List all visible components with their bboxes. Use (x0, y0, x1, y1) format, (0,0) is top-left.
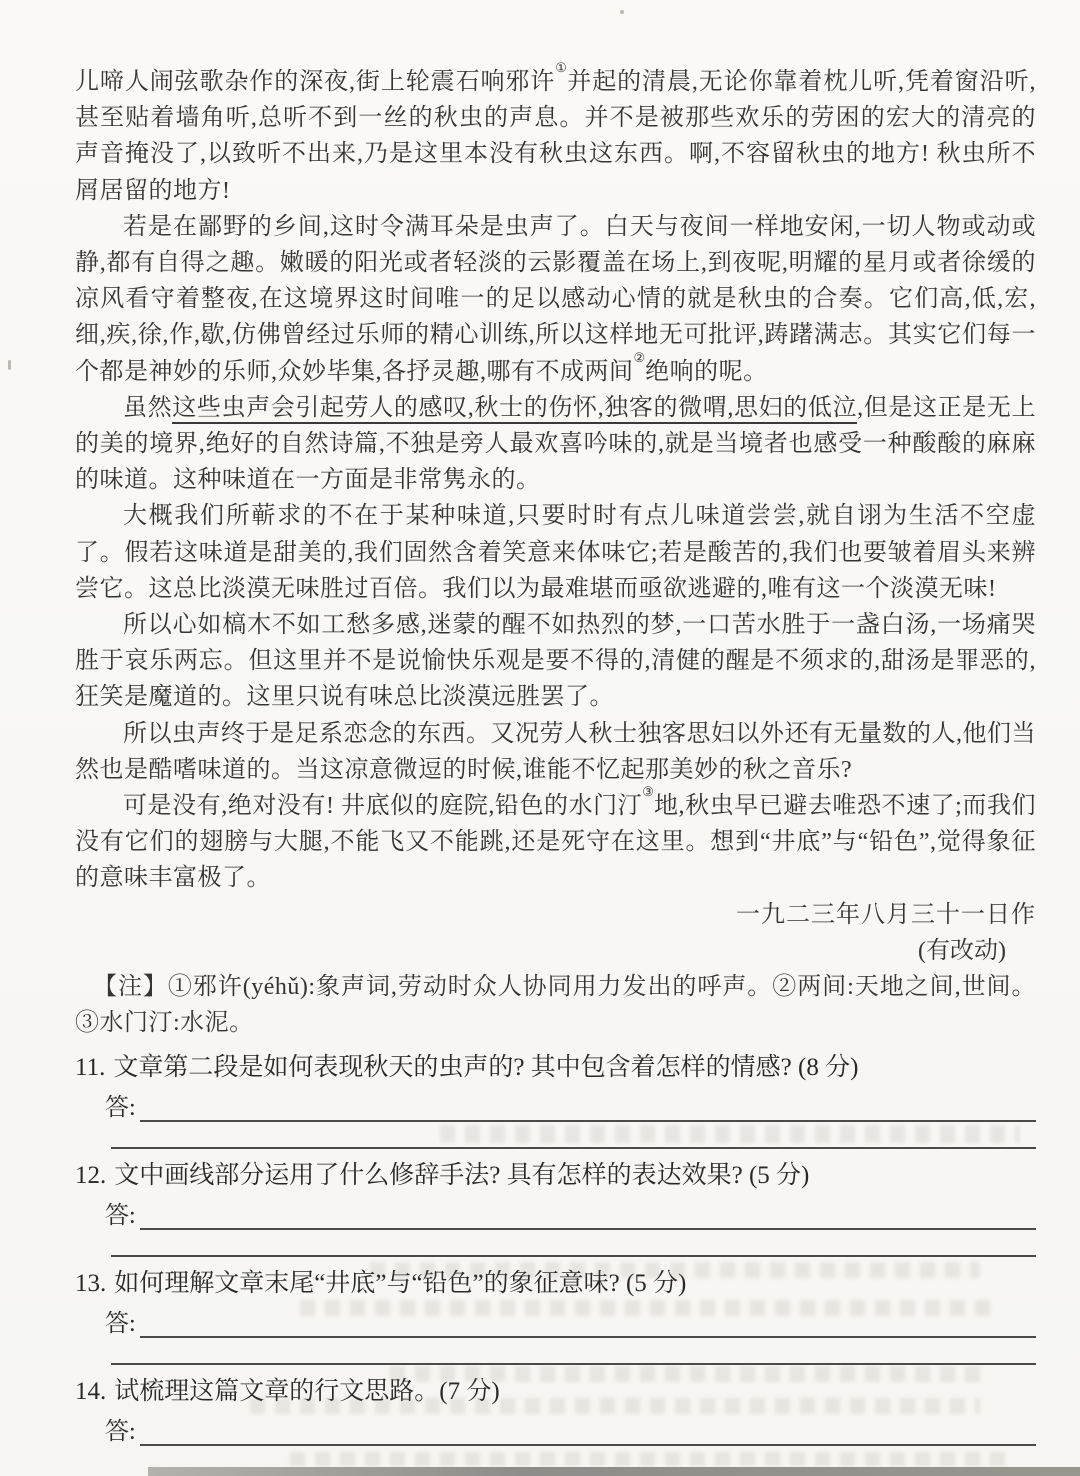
question-line: 12.文中画线部分运用了什么修辞手法? 具有怎样的表达效果? (5 分) (75, 1159, 1036, 1193)
passage-paragraph-6: 所以虫声终于是足系恋念的东西。又况劳人秋士独客思妇以外还有无量数的人,他们当然也… (75, 716, 1036, 788)
footnote-ref: ③ (642, 784, 654, 799)
questions-section: 11.文章第二段是如何表现秋天的虫声的? 其中包含着怎样的情感? (8 分)答:… (75, 1051, 1036, 1446)
text-run: 若是在鄙野的乡间,这时令满耳朵是虫声了。白天与夜间一样地安闲,一切人物或动或静,… (75, 214, 1036, 385)
answer-label: 答: (105, 1418, 136, 1446)
text-run: 【注】①邪许(yéhǔ):象声词,劳动时众人协同用力发出的呼声。②两间:天地之间… (75, 974, 1036, 1036)
question-text: 文章第二段是如何表现秋天的虫声的? 其中包含着怎样的情感? (8 分) (113, 1054, 858, 1081)
page-edge-shadow (148, 1467, 1080, 1476)
dateline: 一九二三年八月三十一日作 (75, 897, 1036, 933)
bleed-through-artifact (290, 1452, 1010, 1466)
text-run: 儿啼人闹弦歌杂作的深夜,街上轮震石响邪许 (75, 69, 555, 95)
passage-paragraph-5: 所以心如槁木不如工愁多感,迷蒙的醒不如热烈的梦,一口苦水胜于一盏白汤,一场痛哭胜… (75, 607, 1036, 716)
answer-row: 答: (75, 1089, 1036, 1122)
passage-paragraph-7: 可是没有,绝对没有! 井底似的庭院,铅色的水门汀③地,秋虫早已避去唯恐不速了;而… (75, 788, 1036, 897)
answer-blank-line (140, 1413, 1036, 1446)
passage-paragraph-4: 大概我们所蕲求的不在于某种味道,只要时时有点儿味道尝尝,就自诩为生活不空虚了。假… (75, 498, 1036, 607)
bleed-through-artifact (300, 1300, 990, 1316)
text-run: 所以心如槁木不如工愁多感,迷蒙的醒不如热烈的梦,一口苦水胜于一盏白汤,一场痛哭胜… (75, 612, 1036, 710)
passage-paragraph-3: 虽然这些虫声会引起劳人的感叹,秋士的伤怀,独客的微喟,思妇的低泣,但是这正是无上… (75, 390, 1036, 499)
question-number: 12. (75, 1162, 106, 1189)
bleed-through-artifact (440, 1125, 1020, 1143)
answer-label: 答: (105, 1310, 136, 1338)
underlined-text: 这些虫声会引起劳人的感叹,秋士的伤怀,独客的微喟,思妇的低泣 (172, 395, 857, 424)
question-number: 14. (75, 1378, 106, 1405)
question-number: 13. (75, 1270, 106, 1297)
attribution: (有改动) (75, 933, 1036, 969)
text-run: 虽然 (123, 395, 172, 421)
question-number: 11. (75, 1054, 105, 1081)
answer-row: 答: (75, 1197, 1036, 1230)
text-run: 可是没有,绝对没有! 井底似的庭院,铅色的水门汀 (123, 793, 642, 819)
text-run: 绝响的呢。 (645, 359, 768, 385)
footnote-ref: ① (555, 60, 567, 75)
answer-label: 答: (105, 1202, 136, 1230)
question-12: 12.文中画线部分运用了什么修辞手法? 具有怎样的表达效果? (5 分)答: (75, 1159, 1036, 1257)
footnotes: 【注】①邪许(yéhǔ):象声词,劳动时众人协同用力发出的呼声。②两间:天地之间… (75, 969, 1036, 1041)
text-run: 所以虫声终于是足系恋念的东西。又况劳人秋士独客思妇以外还有无量数的人,他们当然也… (75, 721, 1036, 783)
answer-blank-line (111, 1338, 1036, 1365)
question-line: 11.文章第二段是如何表现秋天的虫声的? 其中包含着怎样的情感? (8 分) (75, 1051, 1036, 1085)
scan-speck (620, 10, 624, 14)
answer-row: 答: (75, 1413, 1036, 1446)
question-13: 13.如何理解文章末尾“井底”与“铅色”的象征意味? (5 分)答: (75, 1267, 1036, 1365)
bleed-through-artifact (370, 1262, 980, 1278)
footnote-ref: ② (634, 350, 646, 365)
answer-blank-line (111, 1230, 1036, 1257)
question-text: 文中画线部分运用了什么修辞手法? 具有怎样的表达效果? (5 分) (114, 1162, 809, 1189)
bleed-through-artifact (250, 1398, 980, 1414)
answer-label: 答: (105, 1094, 136, 1122)
text-run: 大概我们所蕲求的不在于某种味道,只要时时有点儿味道尝尝,就自诩为生活不空虚了。假… (75, 503, 1036, 601)
exam-page: 儿啼人闹弦歌杂作的深夜,街上轮震石响邪许①并起的清晨,无论你靠着枕儿听,凭着窗沿… (0, 0, 1080, 1476)
answer-blank-line (140, 1197, 1036, 1230)
answer-blank-line (140, 1089, 1036, 1122)
passage: 儿啼人闹弦歌杂作的深夜,街上轮震石响邪许①并起的清晨,无论你靠着枕儿听,凭着窗沿… (75, 64, 1036, 897)
bleed-through-artifact (390, 1366, 990, 1382)
page-content: 儿啼人闹弦歌杂作的深夜,街上轮震石响邪许①并起的清晨,无论你靠着枕儿听,凭着窗沿… (75, 64, 1036, 1446)
scan-speck (8, 360, 11, 370)
passage-paragraph-2: 若是在鄙野的乡间,这时令满耳朵是虫声了。白天与夜间一样地安闲,一切人物或动或静,… (75, 209, 1036, 390)
passage-paragraph-1: 儿啼人闹弦歌杂作的深夜,街上轮震石响邪许①并起的清晨,无论你靠着枕儿听,凭着窗沿… (75, 64, 1036, 209)
